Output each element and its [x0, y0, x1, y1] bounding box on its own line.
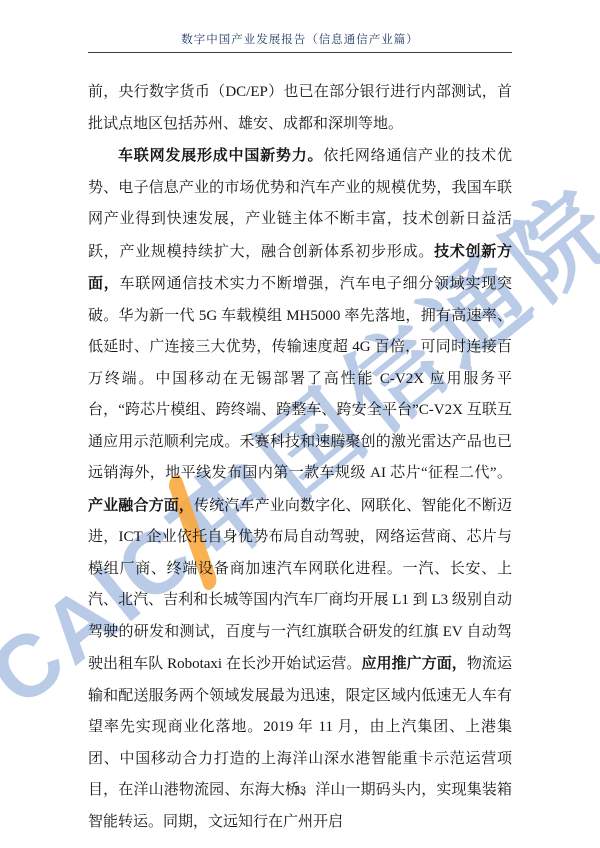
paragraph-text: 物流运输和配送服务两个领域发展最为迅速，限定区域内低速无人车有望率先实现商业化落… — [88, 656, 512, 830]
bold-leadin-industry-fusion: 产业融合方面， — [88, 497, 194, 514]
paragraph-text: 前，央行数字货币（DC/EP）也已在部分银行进行内部测试，首批试点地区包括苏州、… — [88, 84, 512, 132]
page-header-title: 数字中国产业发展报告（信息通信产业篇） — [0, 31, 600, 47]
bold-leadin-application: 应用推广方面， — [361, 655, 466, 672]
bold-leadin-iov-trend: 车联网发展形成中国新势力。 — [118, 147, 323, 164]
paragraph-dcep: 前，央行数字货币（DC/EP）也已在部分银行进行内部测试，首批试点地区包括苏州、… — [88, 77, 512, 140]
paragraph-text: 传统汽车产业向数字化、网联化、智能化不断迈进，ICT 企业依托自身优势布局自动驾… — [88, 498, 512, 673]
document-body: 前，央行数字货币（DC/EP）也已在部分银行进行内部测试，首批试点地区包括苏州、… — [88, 77, 512, 838]
paragraph-iov: 车联网发展形成中国新势力。依托网络通信产业的技术优势、电子信息产业的市场优势和汽… — [88, 140, 512, 838]
document-page: 数字中国产业发展报告（信息通信产业篇） CAICT 中国信通院 前，央行数字货币… — [0, 0, 600, 848]
paragraph-text: 车联网通信技术实力不断增强，汽车电子细分领域实现突破。华为新一代 5G 车载模组… — [88, 276, 512, 481]
page-number: 33 — [0, 783, 600, 798]
header-divider — [88, 52, 512, 53]
